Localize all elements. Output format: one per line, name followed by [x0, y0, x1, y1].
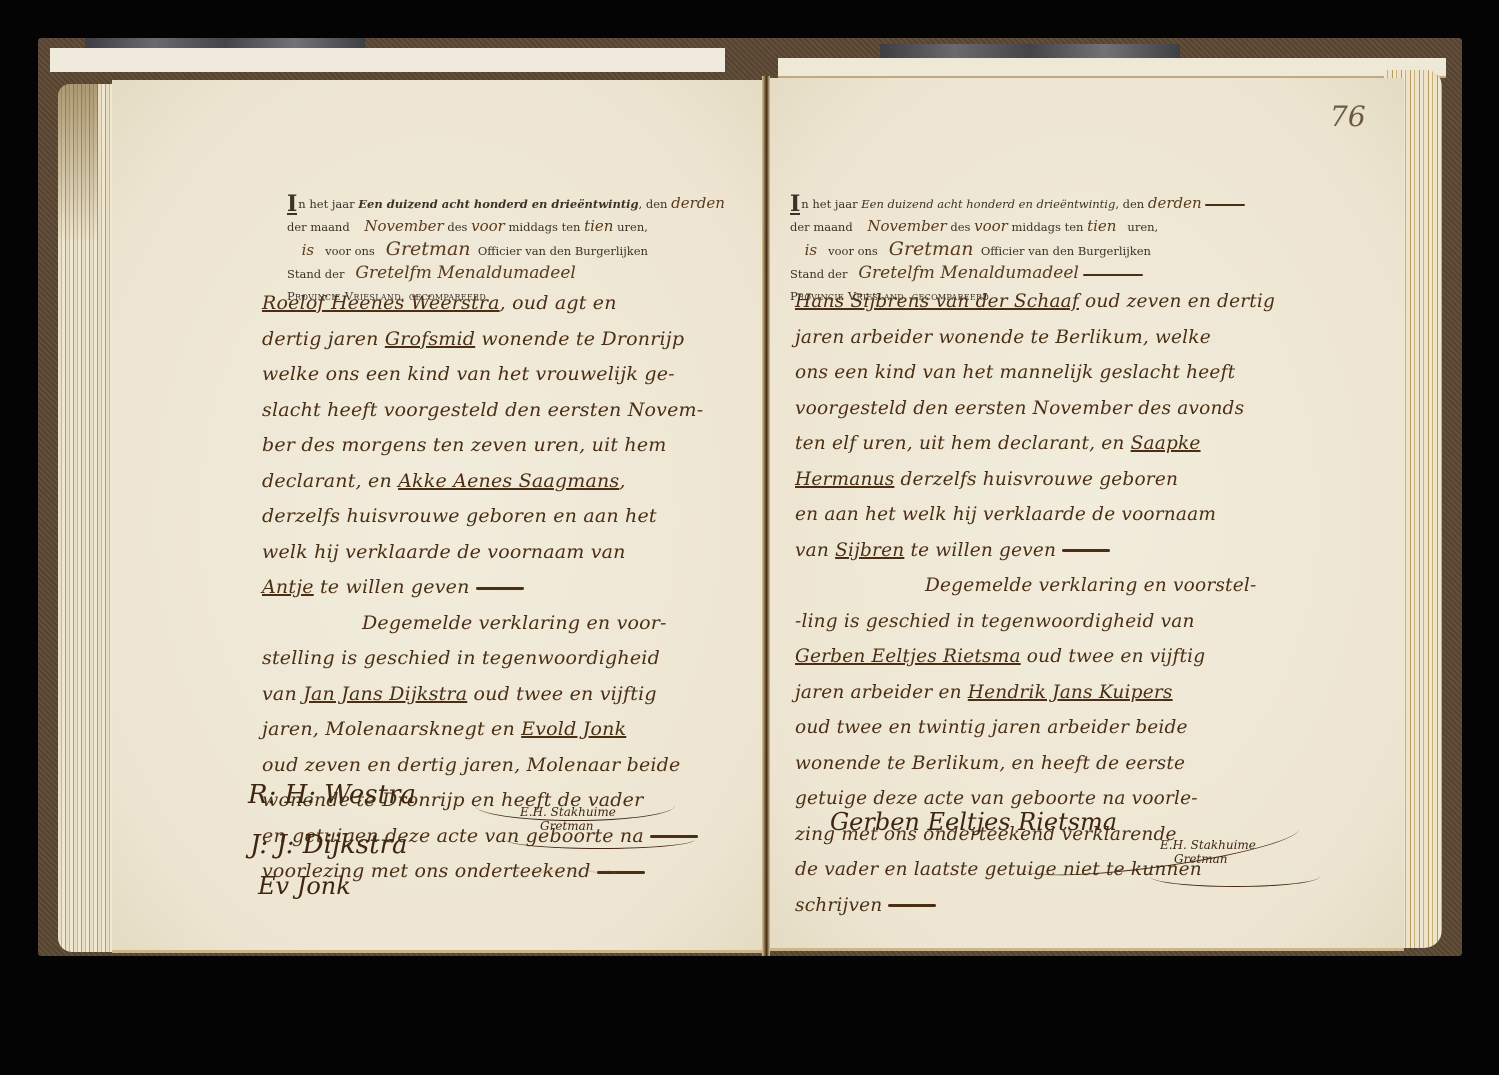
handwritten-officer: Gretman [386, 238, 471, 260]
handwritten-month: November [867, 217, 946, 235]
marbled-board-right [880, 44, 1180, 58]
signature-father: R: H: Westra [248, 780, 416, 810]
body-line: slacht heeft voorgesteld den eersten Nov… [262, 393, 703, 429]
body-line: oud twee en twintig jaren arbeider beide [795, 710, 1275, 746]
body-line: ons een kind van het mannelijk geslacht … [795, 355, 1275, 391]
body-line: Degemelde verklaring en voor- [262, 606, 703, 642]
handwritten-day: derden [671, 194, 725, 212]
header-line-3: is voor ons Gretman Officier van den Bur… [287, 238, 725, 262]
book-gutter [762, 76, 770, 956]
bleed-through-text: ~~~~~~ [510, 860, 621, 885]
body-line: ber des morgens ten zeven uren, uit hem [262, 428, 703, 464]
body-line: voorgesteld den eersten November des avo… [795, 391, 1275, 427]
body-line: declarant, en Akke Aenes Saagmans, [262, 464, 703, 500]
body-line: jaren arbeider en Hendrik Jans Kuipers [795, 675, 1275, 711]
body-line: wonende te Berlikum, en heeft de eerste [795, 746, 1275, 782]
body-line: oud zeven en dertig jaren, Molenaar beid… [262, 748, 703, 784]
signature-witness-1: Gerben Eeltjes Rietsma [830, 808, 1117, 836]
body-line: dertig jaren Grofsmid wonende te Dronrij… [262, 322, 703, 358]
body-line: derzelfs huisvrouwe geboren en aan het [262, 499, 703, 535]
handwritten-place: Gretelfm Menaldumadeel [858, 263, 1078, 283]
body-line: en aan het welk hij verklaarde de voorna… [795, 497, 1275, 533]
officer-signature-right: E.H. Stakhuime Gretman [1160, 838, 1256, 866]
header-line-2: der maand November des voor middags ten … [790, 215, 1245, 238]
signature-witness-2: Ev Jonk [258, 872, 351, 900]
handwritten-month: November [364, 217, 443, 235]
signature-flourish [505, 830, 695, 849]
header-line-3: is voor ons Gretman Officier van den Bur… [790, 238, 1245, 262]
body-line: van Sijbren te willen geven [795, 533, 1275, 569]
body-line: Antje te willen geven [262, 570, 703, 606]
signature-witness-1: J: J: Dijkstra [250, 830, 408, 860]
body-line: Degemelde verklaring en voorstel- [795, 568, 1275, 604]
signature-flourish [1150, 866, 1320, 887]
body-line: stelling is geschied in tegenwoordigheid [262, 641, 703, 677]
handwritten-place: Gretelfm Menaldumadeel [355, 263, 575, 283]
handwritten-day: derden [1148, 194, 1202, 212]
body-line: ten elf uren, uit hem declarant, en Saap… [795, 426, 1275, 462]
body-line: welke ons een kind van het vrouwelijk ge… [262, 357, 703, 393]
page-edges-left [58, 84, 120, 952]
body-line: Hermanus derzelfs huisvrouwe geboren [795, 462, 1275, 498]
body-line: jaren arbeider wonende te Berlikum, welk… [795, 320, 1275, 356]
initial-letter: I [287, 195, 297, 215]
handwritten-officer: Gretman [889, 238, 974, 260]
header-line-4: Stand der Gretelfm Menaldumadeel [790, 262, 1245, 285]
body-line: Gerben Eeltjes Rietsma oud twee en vijft… [795, 639, 1275, 675]
header-line-2: der maand November des voor middags ten … [287, 215, 725, 238]
body-line: -ling is geschied in tegenwoordigheid va… [795, 604, 1275, 640]
body-line: Roelof Heenes Weerstra, oud agt en [262, 286, 703, 322]
officer-signature-left: E.H. Stakhuime Gretman [520, 805, 616, 833]
flyleaf-right [778, 58, 1446, 78]
body-line: jaren, Molenaarsknegt en Evold Jonk [262, 712, 703, 748]
header-line-4: Stand der Gretelfm Menaldumadeel [287, 262, 725, 285]
header-line-1: In het jaar Een duizend acht honderd en … [790, 192, 1245, 215]
body-line: van Jan Jans Dijkstra oud twee en vijfti… [262, 677, 703, 713]
body-line: Hans Sijbrens van der Schaaf oud zeven e… [795, 284, 1275, 320]
body-line: welk hij verklaarde de voornaam van [262, 535, 703, 571]
folio-number: 76 [1330, 100, 1366, 133]
header-line-1: In het jaar Een duizend acht honderd en … [287, 192, 725, 215]
flyleaf-left [50, 48, 725, 72]
body-line: schrijven [795, 888, 1275, 924]
initial-letter: I [790, 195, 800, 215]
